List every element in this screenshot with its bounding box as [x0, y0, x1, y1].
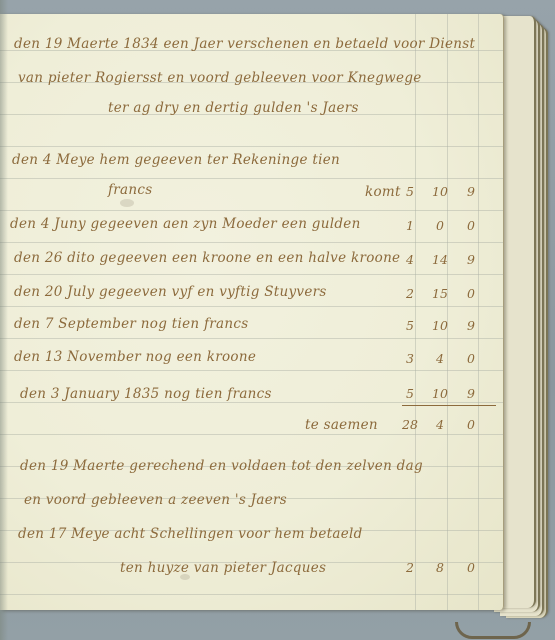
ledger-line: den 4 Juny gegeeven aen zyn Moeder een g… [10, 216, 361, 232]
amount-c: 9 [460, 318, 482, 333]
ruled-line [0, 178, 503, 179]
amount-b: 15 [429, 286, 451, 301]
ledger-line: den 3 January 1835 nog tien francs [20, 386, 272, 402]
ledger-note: komt [365, 184, 401, 200]
ledger-line: ter ag dry en dertig gulden 's Jaers [108, 100, 359, 116]
ledger-page: den 19 Maerte 1834 een Jaer verschenen e… [0, 14, 504, 610]
ruled-line [0, 338, 503, 339]
amount-a: 5 [399, 386, 421, 401]
sum-underline [402, 405, 496, 406]
amount-a: 3 [399, 351, 421, 366]
amount-b: 10 [429, 184, 451, 199]
ledger-line: van pieter Rogiersst en voord gebleeven … [18, 70, 422, 86]
amount-b: 4 [429, 351, 451, 366]
amount-total-b: 4 [429, 417, 451, 432]
amount-a: 5 [399, 318, 421, 333]
binding-string [455, 622, 531, 639]
ledger-line: den 26 dito gegeeven een kroone en een h… [14, 250, 400, 266]
ruled-line [0, 146, 503, 147]
amount-b: 8 [429, 560, 451, 575]
column-rule [478, 14, 479, 610]
amount-total-a: 28 [399, 417, 421, 432]
amount-a: 2 [399, 286, 421, 301]
ruled-line [0, 210, 503, 211]
ruled-line [0, 370, 503, 371]
ruled-line [0, 306, 503, 307]
spine-shadow [0, 0, 8, 640]
amount-b: 0 [429, 218, 451, 233]
ledger-line: den 17 Meye acht Schellingen voor hem be… [18, 526, 363, 542]
amount-c: 0 [460, 560, 482, 575]
amount-b: 10 [429, 386, 451, 401]
ruled-line [0, 242, 503, 243]
ruled-line [0, 434, 503, 435]
amount-c: 0 [460, 286, 482, 301]
ledger-line: en voord gebleeven a zeeven 's Jaers [24, 492, 287, 508]
amount-c: 9 [460, 386, 482, 401]
ledger-line: francs [108, 182, 152, 198]
amount-a: 1 [399, 218, 421, 233]
amount-b: 14 [429, 252, 451, 267]
column-rule [415, 14, 416, 610]
ledger-line: den 19 Maerte gerechend en voldaen tot d… [20, 458, 423, 474]
ruled-line [0, 274, 503, 275]
ledger-line: den 13 November nog een kroone [14, 349, 256, 365]
amount-c: 9 [460, 184, 482, 199]
amount-a: 5 [399, 184, 421, 199]
amount-b: 10 [429, 318, 451, 333]
ledger-line: den 7 September nog tien francs [14, 316, 248, 332]
amount-c: 0 [460, 351, 482, 366]
ledger-line: den 20 July gegeeven vyf en vyftig Stuyv… [14, 284, 327, 300]
ruled-line [0, 402, 503, 403]
ledger-line: te saemen [305, 417, 378, 433]
amount-c: 0 [460, 218, 482, 233]
paper-stain [120, 199, 134, 207]
column-rule [447, 14, 448, 610]
ledger-line: den 4 Meye hem gegeeven ter Rekeninge ti… [12, 152, 340, 168]
ledger-line: ten huyze van pieter Jacques [120, 560, 326, 576]
ruled-line [0, 594, 503, 595]
amount-total-c: 0 [460, 417, 482, 432]
ledger-line: den 19 Maerte 1834 een Jaer verschenen e… [14, 36, 475, 52]
amount-a: 2 [399, 560, 421, 575]
amount-a: 4 [399, 252, 421, 267]
amount-c: 9 [460, 252, 482, 267]
